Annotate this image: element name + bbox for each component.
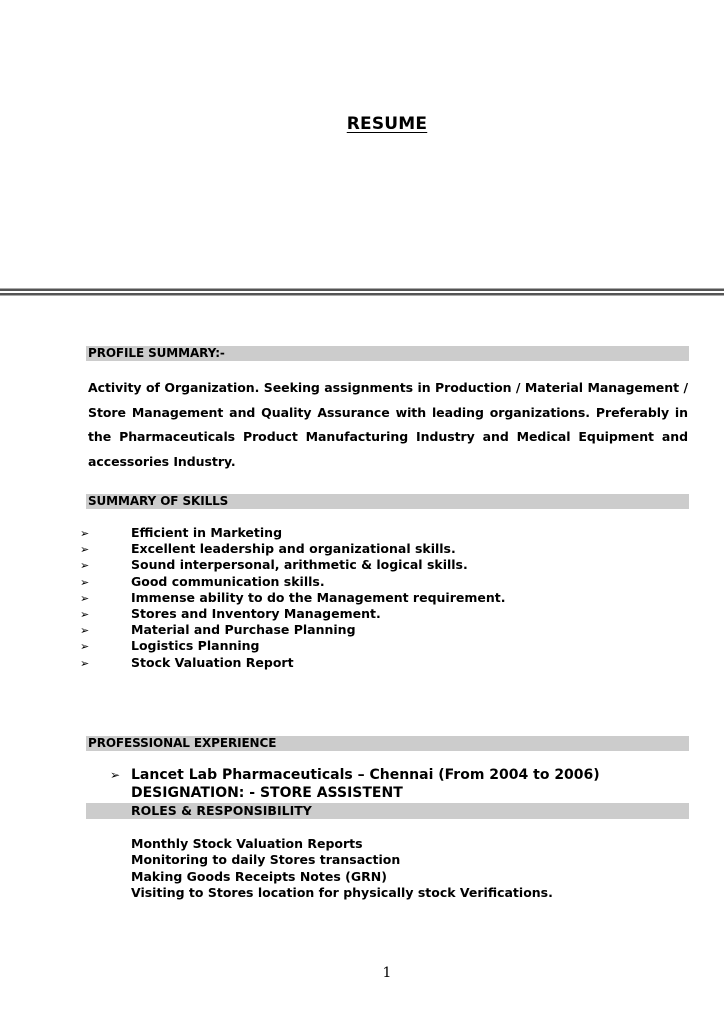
arrow-bullet-icon: ➢ (110, 767, 131, 784)
duty-item: Visiting to Stores location for physical… (131, 885, 553, 901)
duty-item: Making Goods Receipts Notes (GRN) (131, 869, 553, 885)
skill-text: Sound interpersonal, arithmetic & logica… (131, 557, 468, 572)
arrow-bullet-icon: ➢ (80, 623, 131, 639)
duties-list: Monthly Stock Valuation ReportsMonitorin… (131, 836, 553, 901)
page-number: 1 (0, 965, 724, 981)
skill-item: ➢Excellent leadership and organizational… (80, 541, 505, 557)
skills-list: ➢Efficient in Marketing➢Excellent leader… (80, 525, 505, 671)
arrow-bullet-icon: ➢ (80, 591, 131, 607)
job-company: ➢Lancet Lab Pharmaceuticals – Chennai (F… (110, 767, 600, 784)
profile-summary-text: Activity of Organization. Seeking assign… (88, 376, 688, 474)
skill-item: ➢Material and Purchase Planning (80, 622, 505, 638)
skill-item: ➢Stock Valuation Report (80, 655, 505, 671)
skill-text: Excellent leadership and organizational … (131, 541, 456, 556)
duty-item: Monthly Stock Valuation Reports (131, 836, 553, 852)
skill-text: Stock Valuation Report (131, 655, 294, 670)
skill-text: Material and Purchase Planning (131, 622, 356, 637)
company-name: Lancet Lab Pharmaceuticals – Chennai (Fr… (131, 767, 600, 783)
horizontal-rule-top (0, 288, 724, 291)
arrow-bullet-icon: ➢ (80, 526, 131, 542)
skill-item: ➢Logistics Planning (80, 638, 505, 654)
arrow-bullet-icon: ➢ (80, 575, 131, 591)
skill-text: Efficient in Marketing (131, 525, 282, 540)
job-designation: DESIGNATION: - STORE ASSISTENT (131, 785, 403, 802)
skill-item: ➢Efficient in Marketing (80, 525, 505, 541)
skills-heading: SUMMARY OF SKILLS (86, 494, 689, 509)
skill-item: ➢Stores and Inventory Management. (80, 606, 505, 622)
resume-title: RESUME (0, 114, 724, 134)
skill-item: ➢Sound interpersonal, arithmetic & logic… (80, 557, 505, 573)
skill-text: Good communication skills. (131, 574, 325, 589)
arrow-bullet-icon: ➢ (80, 542, 131, 558)
duty-item: Monitoring to daily Stores transaction (131, 852, 553, 868)
roles-heading: ROLES & RESPONSIBILITY (131, 803, 312, 819)
skill-text: Immense ability to do the Management req… (131, 590, 505, 605)
skill-item: ➢Immense ability to do the Management re… (80, 590, 505, 606)
arrow-bullet-icon: ➢ (80, 656, 131, 672)
skill-text: Logistics Planning (131, 638, 260, 653)
skill-item: ➢Good communication skills. (80, 574, 505, 590)
horizontal-rule-bottom (0, 293, 724, 296)
arrow-bullet-icon: ➢ (80, 639, 131, 655)
skill-text: Stores and Inventory Management. (131, 606, 381, 621)
profile-summary-heading: PROFILE SUMMARY:- (86, 346, 689, 361)
experience-heading: PROFESSIONAL EXPERIENCE (86, 736, 689, 751)
arrow-bullet-icon: ➢ (80, 558, 131, 574)
arrow-bullet-icon: ➢ (80, 607, 131, 623)
